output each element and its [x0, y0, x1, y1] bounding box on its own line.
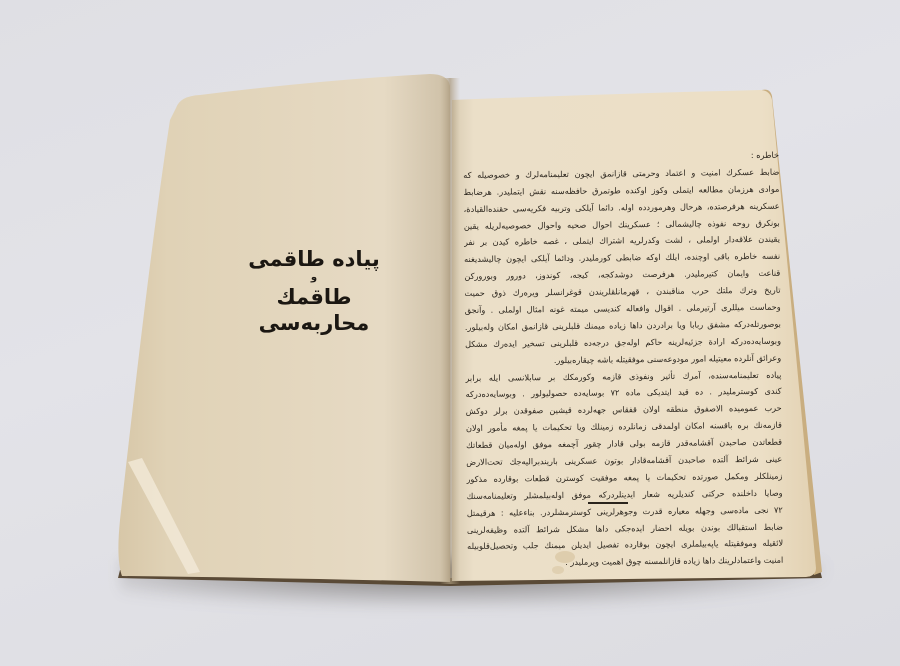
- title-line-1: پیاده طاقمی: [226, 246, 402, 272]
- photo-scene: پیاده طاقمی و طاقمك محاربه‌سی خاطره : ضا…: [0, 0, 900, 666]
- title-conjunction: و: [226, 272, 402, 284]
- title-line-2: طاقمك محاربه‌سی: [226, 284, 402, 336]
- left-page-title: پیاده طاقمی و طاقمك محاربه‌سی: [226, 246, 402, 336]
- right-page-text: خاطره : ضابط عسكرك امنيت و اعتماد وحرمتى…: [463, 147, 783, 573]
- gutter: [440, 78, 460, 584]
- text-line: امنيت واعتمادلرينك داها زياده قازانلمسنه…: [467, 552, 783, 572]
- section-separator-rule: [588, 502, 628, 504]
